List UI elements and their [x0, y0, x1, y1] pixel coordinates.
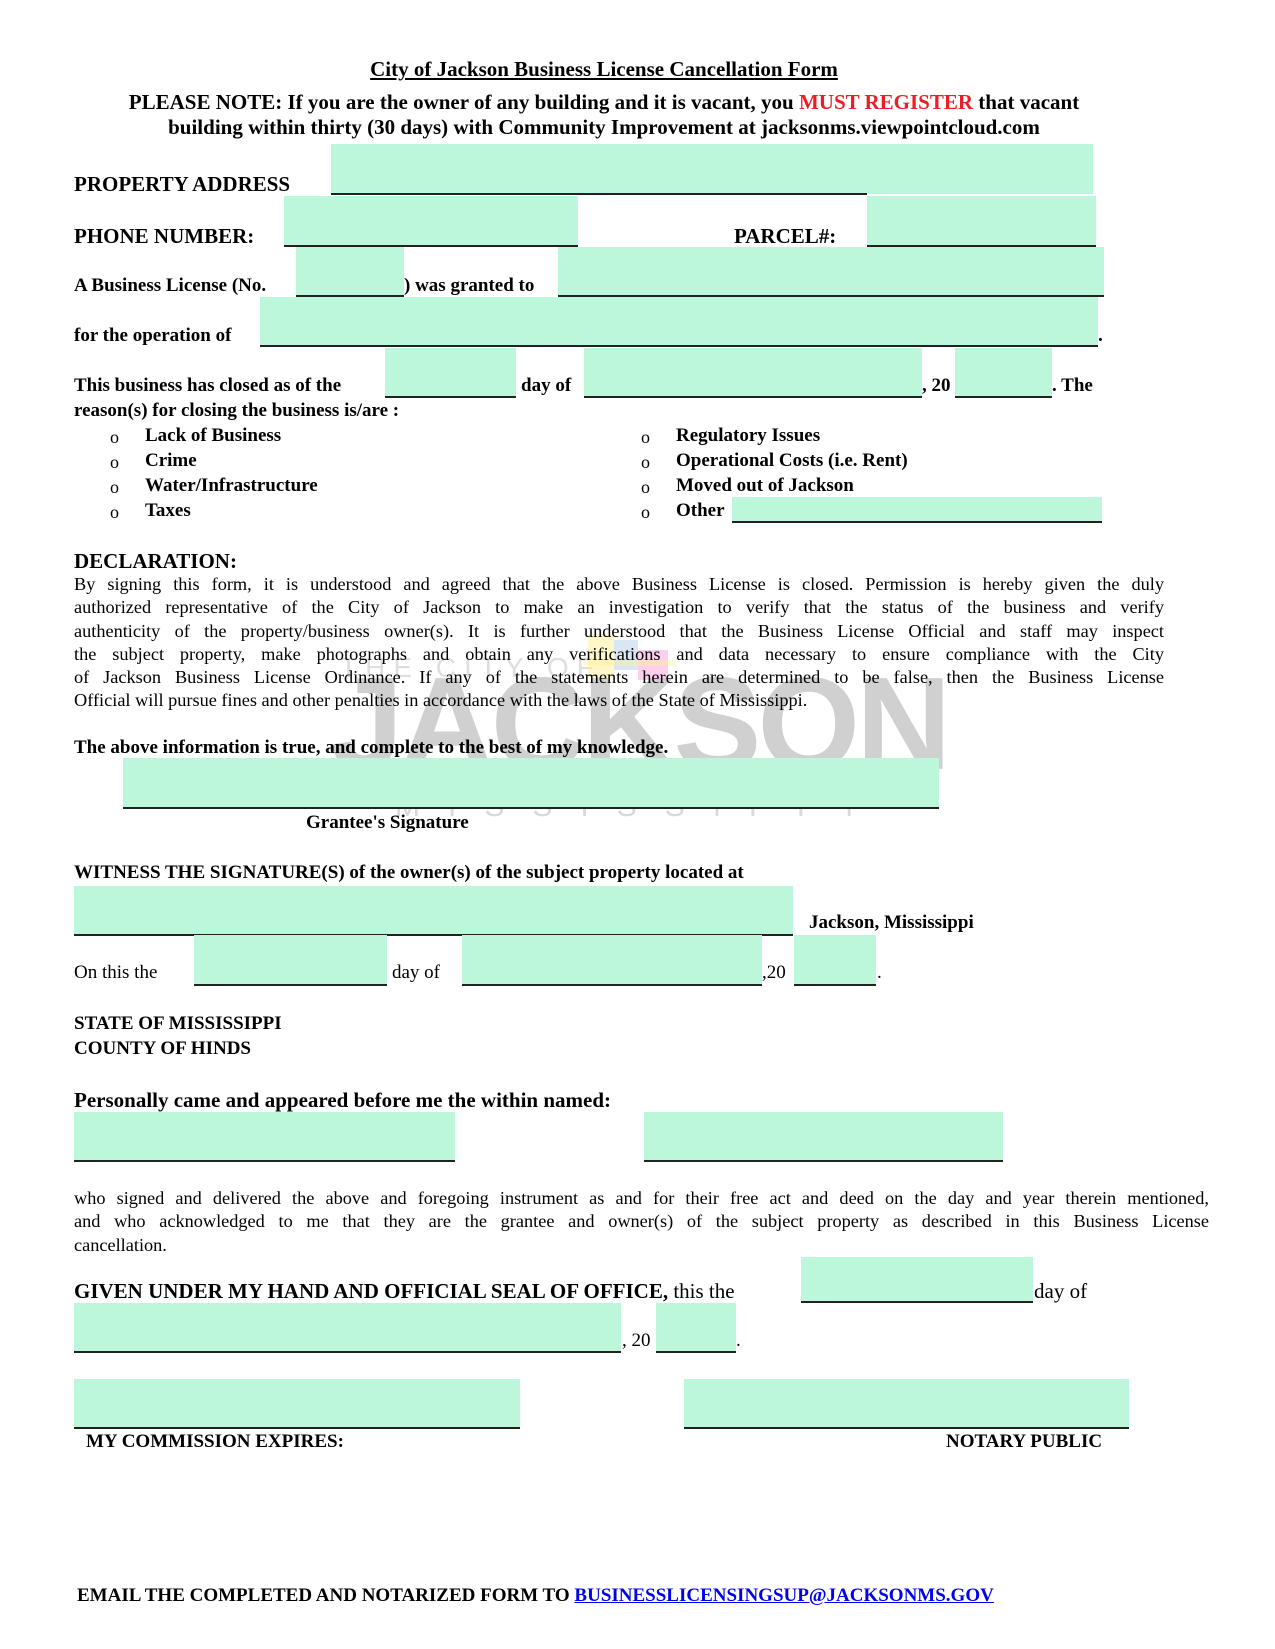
property-address-underline — [331, 193, 867, 195]
other-reason-input[interactable] — [732, 497, 1102, 523]
reason-label: Operational Costs (i.e. Rent) — [676, 450, 908, 472]
appeared-name-1-input[interactable] — [74, 1112, 455, 1162]
email-instruction: EMAIL THE COMPLETED AND NOTARIZED FORM T… — [77, 1585, 994, 1607]
witness-day-input[interactable] — [194, 935, 387, 986]
declaration-line: By signing this form, it is understood a… — [74, 573, 1164, 596]
notary-paragraph-line: cancellation. — [74, 1234, 1209, 1257]
reason-label: Taxes — [145, 500, 191, 522]
notary-public-label: NOTARY PUBLIC — [946, 1431, 1102, 1453]
reason-label: Other — [676, 500, 725, 522]
vacancy-notice-line2: building within thirty (30 days) with Co… — [0, 115, 1208, 140]
property-address-input[interactable] — [331, 144, 1093, 194]
phone-number-label: PHONE NUMBER: — [74, 224, 254, 249]
reason-radio-taxes[interactable]: o — [110, 502, 119, 523]
phone-number-input[interactable] — [284, 196, 578, 247]
declaration-line: of Jackson Business License Ordinance. I… — [74, 666, 1164, 689]
witness-month-input[interactable] — [462, 935, 762, 986]
seal-year-input[interactable] — [656, 1303, 736, 1353]
appeared-label: Personally came and appeared before me t… — [74, 1088, 611, 1113]
reason-radio-water-infrastructure[interactable]: o — [110, 477, 119, 498]
reason-radio-other[interactable]: o — [641, 502, 650, 523]
operation-period: . — [1098, 325, 1103, 347]
witness-location-input[interactable] — [74, 886, 793, 936]
reason-label: Crime — [145, 450, 197, 472]
notary-public-signature-input[interactable] — [684, 1379, 1129, 1429]
declaration-line: authorized representative of the City of… — [74, 596, 1164, 619]
grantee-signature-label: Grantee's Signature — [306, 812, 469, 834]
closed-day-input[interactable] — [385, 348, 516, 398]
operation-input[interactable] — [260, 297, 1098, 347]
notary-paragraph-line: who signed and delivered the above and f… — [74, 1187, 1209, 1210]
witness-location-suffix: Jackson, Mississippi — [809, 912, 974, 934]
witness-on-this-label: On this the — [74, 962, 157, 984]
declaration-line: the subject property, make photographs a… — [74, 643, 1164, 666]
notice-prefix: PLEASE NOTE: If you are the owner of any… — [129, 90, 799, 114]
operation-label: for the operation of — [74, 325, 231, 347]
reason-label: Moved out of Jackson — [676, 475, 854, 497]
declaration-text: By signing this form, it is understood a… — [74, 573, 1164, 713]
vacancy-notice: PLEASE NOTE: If you are the owner of any… — [0, 90, 1208, 115]
county-label: COUNTY OF HINDS — [74, 1038, 251, 1060]
notice-suffix: that vacant — [973, 90, 1079, 114]
license-prefix-label: A Business License (No. — [74, 275, 266, 297]
reasons-label: reason(s) for closing the business is/ar… — [74, 400, 399, 422]
notary-paragraph-line: and who acknowledged to me that they are… — [74, 1210, 1209, 1233]
reason-radio-crime[interactable]: o — [110, 452, 119, 473]
form-title: City of Jackson Business License Cancell… — [0, 57, 1208, 82]
closed-prefix-label: This business has closed as of the — [74, 375, 341, 397]
seal-year-prefix: , 20 — [622, 1330, 651, 1352]
declaration-heading: DECLARATION: — [74, 549, 237, 574]
parcel-input[interactable] — [867, 196, 1096, 247]
closed-year-input[interactable] — [955, 348, 1052, 398]
license-granted-label: ) was granted to — [404, 275, 534, 297]
given-under-hand-line: GIVEN UNDER MY HAND AND OFFICIAL SEAL OF… — [74, 1279, 735, 1304]
given-under-hand-rest: this the — [668, 1279, 735, 1303]
seal-month-input[interactable] — [74, 1303, 621, 1353]
notice-emphasis: MUST REGISTER — [799, 90, 973, 114]
reason-radio-lack-of-business[interactable]: o — [110, 427, 119, 448]
declaration-line: authenticity of the property/business ow… — [74, 620, 1164, 643]
closed-dayof-label: day of — [521, 375, 571, 397]
parcel-label: PARCEL#: — [734, 224, 836, 249]
reason-radio-operational-costs[interactable]: o — [641, 452, 650, 473]
reason-radio-moved-out[interactable]: o — [641, 477, 650, 498]
seal-end: . — [736, 1330, 741, 1352]
closed-year-prefix: , 20 — [922, 375, 951, 397]
notary-paragraph: who signed and delivered the above and f… — [74, 1187, 1209, 1257]
closed-end-label: . The — [1052, 375, 1093, 397]
email-link[interactable]: BUSINESSLICENSINGSUP@JACKSONMS.GOV — [574, 1585, 993, 1606]
given-under-hand-bold: GIVEN UNDER MY HAND AND OFFICIAL SEAL OF… — [74, 1279, 668, 1303]
witness-dayof-label: day of — [392, 962, 440, 984]
reason-label: Regulatory Issues — [676, 425, 820, 447]
declaration-line: Official will pursue fines and other pen… — [74, 689, 1164, 712]
seal-dayof-label: day of — [1034, 1279, 1087, 1304]
state-label: STATE OF MISSISSIPPI — [74, 1013, 282, 1035]
commission-expires-input[interactable] — [74, 1379, 520, 1429]
email-prefix: EMAIL THE COMPLETED AND NOTARIZED FORM T… — [77, 1585, 574, 1606]
reason-label: Lack of Business — [145, 425, 281, 447]
license-number-input[interactable] — [296, 247, 404, 297]
grantee-name-input[interactable] — [558, 247, 1104, 297]
commission-expires-label: MY COMMISSION EXPIRES: — [86, 1431, 344, 1453]
affirmation-text: The above information is true, and compl… — [74, 737, 668, 759]
witness-heading: WITNESS THE SIGNATURE(S) of the owner(s)… — [74, 862, 744, 884]
witness-year-input[interactable] — [794, 935, 876, 986]
reason-radio-regulatory-issues[interactable]: o — [641, 427, 650, 448]
witness-year-prefix: ,20 — [762, 962, 786, 984]
reason-label: Water/Infrastructure — [145, 475, 318, 497]
seal-day-input[interactable] — [801, 1257, 1033, 1303]
grantee-signature-input[interactable] — [123, 758, 939, 809]
appeared-name-2-input[interactable] — [644, 1112, 1003, 1162]
closed-month-input[interactable] — [584, 348, 922, 398]
witness-end: . — [877, 962, 882, 984]
property-address-label: PROPERTY ADDRESS — [74, 172, 290, 197]
